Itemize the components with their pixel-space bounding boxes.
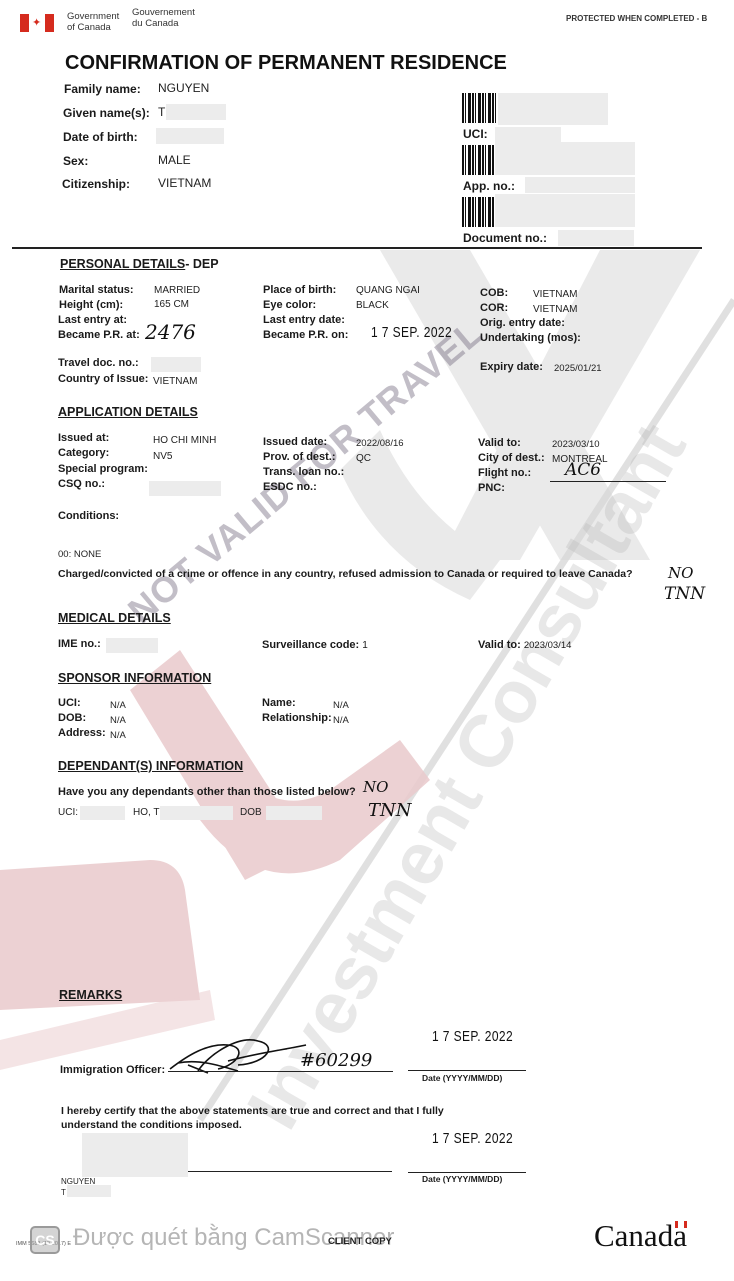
redacted-dependant-name	[160, 806, 233, 820]
redacted-dob	[156, 128, 224, 144]
cor-value: VIETNAM	[533, 304, 577, 315]
camscanner-logo-icon: CS	[30, 1226, 60, 1254]
section-medical-details: MEDICAL DETAILS	[58, 611, 171, 625]
redacted-given-names	[166, 104, 226, 120]
height-label: Height (cm):	[59, 299, 123, 311]
condition-code: 00: NONE	[58, 549, 101, 560]
dependant-uci-label: UCI:	[58, 807, 78, 818]
redacted-doc-no	[558, 230, 634, 246]
prov-label: Prov. of dest.:	[263, 451, 336, 463]
pob-label: Place of birth:	[263, 284, 336, 296]
dependants-answer-handwritten: NO	[363, 778, 388, 796]
section-personal-details: PERSONAL DETAILS - DEP	[60, 257, 219, 271]
client-date-line	[408, 1172, 526, 1173]
charged-question: Charged/convicted of a crime or offence …	[58, 568, 633, 580]
charged-initials-handwritten: TNN	[664, 584, 705, 604]
city-label: City of dest.:	[478, 452, 545, 464]
sponsor-address-value: N/A	[110, 730, 126, 741]
dependant-name: HO, T	[133, 807, 159, 818]
redacted-uci-barcode	[498, 93, 608, 125]
prov-value: QC	[356, 453, 371, 464]
pnc-label: PNC:	[478, 482, 505, 494]
sex-value: MALE	[158, 153, 191, 167]
page-title: CONFIRMATION OF PERMANENT RESIDENCE	[65, 52, 507, 75]
country-issue-value: VIETNAM	[153, 376, 197, 387]
sex-label: Sex:	[63, 154, 88, 168]
became-pr-at-handwritten: 2476	[145, 320, 196, 344]
travel-doc-label: Travel doc. no.:	[58, 357, 139, 369]
pob-value: QUANG NGAI	[356, 285, 420, 296]
dependants-question: Have you any dependants other than those…	[58, 786, 356, 798]
sponsor-uci-label: UCI:	[58, 697, 81, 709]
charged-answer-handwritten: NO	[668, 564, 693, 582]
flight-underline	[550, 481, 666, 482]
redacted-csq	[149, 481, 221, 496]
certify-line-1: I hereby certify that the above statemen…	[61, 1105, 444, 1117]
canada-wordmark: Canada	[594, 1218, 687, 1254]
client-date-stamp: 1 7 SEP. 2022	[432, 1130, 513, 1147]
expiry-label: Expiry date:	[480, 361, 543, 373]
uci-label: UCI:	[463, 127, 488, 141]
conditions-label: Conditions:	[58, 510, 119, 522]
protected-label: PROTECTED WHEN COMPLETED - B	[566, 14, 707, 23]
redacted-dependant-dob	[266, 806, 322, 820]
officer-date-line	[408, 1070, 526, 1071]
app-valid-to-value: 2023/03/10	[552, 439, 600, 450]
sponsor-uci-value: N/A	[110, 700, 126, 711]
redacted-client-signature	[82, 1133, 188, 1177]
certify-line-2: understand the conditions imposed.	[61, 1119, 242, 1131]
section-sponsor-information: SPONSOR INFORMATION	[58, 671, 211, 685]
marital-label: Marital status:	[59, 284, 134, 296]
cob-value: VIETNAM	[533, 289, 577, 300]
section-dependants-information: DEPENDANT(S) INFORMATION	[58, 759, 243, 773]
dependants-initials-handwritten: TNN	[368, 800, 412, 821]
immigration-officer-label: Immigration Officer:	[60, 1064, 165, 1076]
csq-label: CSQ no.:	[58, 478, 105, 490]
section-application-details: APPLICATION DETAILS	[58, 405, 198, 419]
trans-loan-label: Trans. loan no.:	[263, 466, 344, 478]
sponsor-relationship-value: N/A	[333, 715, 349, 726]
canada-flag-icon: ✦	[20, 14, 54, 32]
issued-at-label: Issued at:	[58, 432, 109, 444]
marital-value: MARRIED	[154, 285, 200, 296]
app-valid-to-label: Valid to:	[478, 437, 521, 449]
officer-id-handwritten: #60299	[300, 1050, 372, 1071]
sponsor-name-value: N/A	[333, 700, 349, 711]
family-name-label: Family name:	[64, 82, 141, 96]
officer-signature	[168, 1035, 308, 1075]
flight-label: Flight no.:	[478, 467, 531, 479]
sponsor-name-label: Name:	[262, 697, 296, 709]
became-pr-at-label: Became P.R. at:	[58, 329, 140, 341]
ime-label: IME no.:	[58, 638, 101, 650]
citizenship-label: Citizenship:	[62, 177, 130, 191]
officer-signature-line	[168, 1071, 393, 1072]
document-no-barcode	[462, 197, 496, 227]
sponsor-dob-value: N/A	[110, 715, 126, 726]
height-value: 165 CM	[154, 299, 189, 310]
client-date-caption: Date (YYYY/MM/DD)	[422, 1174, 502, 1184]
last-entry-at-label: Last entry at:	[58, 314, 127, 326]
given-names-label: Given name(s):	[63, 106, 150, 120]
sponsor-address-label: Address:	[58, 727, 106, 739]
family-name-value: NGUYEN	[158, 81, 209, 95]
wordmark-flag-icon	[675, 1221, 687, 1228]
last-entry-date-label: Last entry date:	[263, 314, 345, 326]
dependant-dob-label: DOB	[240, 807, 262, 818]
client-copy-label: CLIENT COPY	[328, 1236, 392, 1247]
redacted-travel-doc	[151, 357, 201, 372]
redacted-app-barcode	[495, 142, 635, 175]
became-pr-on-label: Became P.R. on:	[263, 329, 348, 341]
esdc-label: ESDC no.:	[263, 481, 317, 493]
undertaking-label: Undertaking (mos):	[480, 332, 581, 344]
flight-handwritten: AC6	[565, 460, 601, 480]
app-no-barcode	[462, 145, 496, 175]
gov-en: Governmentof Canada	[67, 11, 119, 33]
became-pr-on-stamp: 1 7 SEP. 2022	[371, 324, 452, 341]
client-signature-line	[188, 1171, 392, 1172]
issued-date-label: Issued date:	[263, 436, 327, 448]
citizenship-value: VIETNAM	[158, 176, 211, 190]
eye-value: BLACK	[356, 300, 389, 311]
issued-date-value: 2022/08/16	[356, 438, 404, 449]
uci-barcode	[462, 93, 496, 123]
cob-label: COB:	[480, 287, 508, 299]
document-no-label: Document no.:	[463, 231, 547, 245]
officer-date-caption: Date (YYYY/MM/DD)	[422, 1073, 502, 1083]
redacted-doc-barcode	[495, 194, 635, 227]
expiry-value: 2025/01/21	[554, 363, 602, 374]
category-label: Category:	[58, 447, 109, 459]
redacted-ime	[106, 638, 158, 653]
cor-label: COR:	[480, 302, 508, 314]
redacted-app-no	[525, 177, 635, 193]
gov-fr: Gouvernementdu Canada	[132, 7, 195, 29]
special-program-label: Special program:	[58, 463, 148, 475]
dob-label: Date of birth:	[63, 130, 138, 144]
country-issue-label: Country of Issue:	[58, 373, 148, 385]
officer-date-stamp: 1 7 SEP. 2022	[432, 1028, 513, 1045]
client-given-name: T	[61, 1188, 66, 1197]
app-no-label: App. no.:	[463, 179, 515, 193]
issued-at-value: HO CHI MINH	[153, 435, 216, 446]
category-value: NV5	[153, 451, 172, 462]
redacted-client-given	[67, 1185, 111, 1197]
orig-entry-label: Orig. entry date:	[480, 317, 565, 329]
redacted-dependant-uci	[80, 806, 125, 820]
surveillance-label: Surveillance code: 1	[262, 639, 368, 651]
sponsor-dob-label: DOB:	[58, 712, 86, 724]
eye-label: Eye color:	[263, 299, 316, 311]
redacted-uci	[495, 127, 561, 143]
given-names-value: T	[158, 105, 165, 119]
section-remarks: REMARKS	[59, 988, 122, 1002]
header-divider	[12, 247, 702, 249]
sponsor-relationship-label: Relationship:	[262, 712, 332, 724]
medical-valid-to: Valid to: 2023/03/14	[478, 639, 571, 651]
